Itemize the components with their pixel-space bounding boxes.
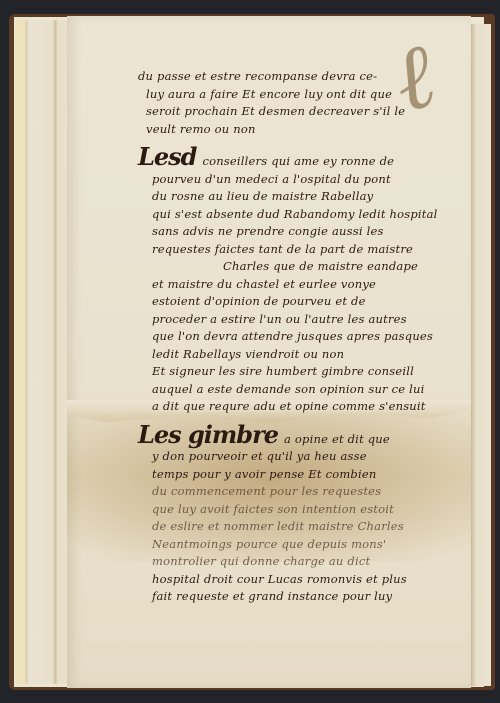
text-line: pourveu d'un medeci a l'ospital du pont [138,171,468,189]
paragraph-1: du passe et estre recompanse devra ce- l… [138,68,468,138]
decorated-initial: Les gimbre [138,420,278,449]
decorated-initial: Lesd [138,142,196,171]
text-line: du commencement pour les requestes [138,483,468,501]
fore-edge-pages [15,20,70,684]
text-line: auquel a este demande son opinion sur ce… [138,381,468,399]
text-line: veult remo ou non [138,121,468,139]
text-line: du passe et estre recompanse devra ce- [138,68,468,86]
text-line: hospital droit cour Lucas romonvis et pl… [138,571,468,589]
facing-page-edge [471,24,491,686]
text-line: a dit que requre adu et opine comme s'en… [138,398,468,416]
text-line: y don pourveoir et qu'il ya heu asse [138,448,468,466]
text-line: et maistre du chastel et eurlee vonye [138,276,468,294]
text-line: Les gimbrea opine et dit que [138,426,468,449]
text-line: de eslire et nommer ledit maistre Charle… [138,518,468,536]
paragraph-3: Les gimbrea opine et dit que y don pourv… [138,426,468,606]
text-line: luy aura a faire Et encore luy ont dit q… [138,86,468,104]
text-line: montrolier qui donne charge au dict [138,553,468,571]
text-line: Charles que de maistre eandape [138,258,468,276]
text-line: ledit Rabellays viendroit ou non [138,346,468,364]
text-line: Neantmoings pource que depuis mons' [138,536,468,554]
text-line: qui s'est absente dud Rabandomy ledit ho… [138,206,468,224]
text-line: seroit prochain Et desmen decreaver s'il… [138,103,468,121]
text-line: requestes faictes tant de la part de mai… [138,241,468,259]
text-line: que luy avoit faictes son intention esto… [138,501,468,519]
text-line: temps pour y avoir pense Et combien [138,466,468,484]
text-line: sans advis ne prendre congie aussi les [138,223,468,241]
text-line: Lesdconseillers qui ame ey ronne de [138,148,468,171]
text-line: Et signeur les sire humbert gimbre conse… [138,363,468,381]
text-line: estoient d'opinion de pourveu et de [138,293,468,311]
text-line: fait requeste et grand instance pour luy [138,588,468,606]
text-line: proceder a estire l'un ou l'autre les au… [138,311,468,329]
paragraph-2: Lesdconseillers qui ame ey ronne de pour… [138,148,468,416]
text-line: du rosne au lieu de maistre Rabellay [138,188,468,206]
text-line: que l'on devra attendre jusques apres pa… [138,328,468,346]
manuscript-text: du passe et estre recompanse devra ce- l… [138,68,468,606]
